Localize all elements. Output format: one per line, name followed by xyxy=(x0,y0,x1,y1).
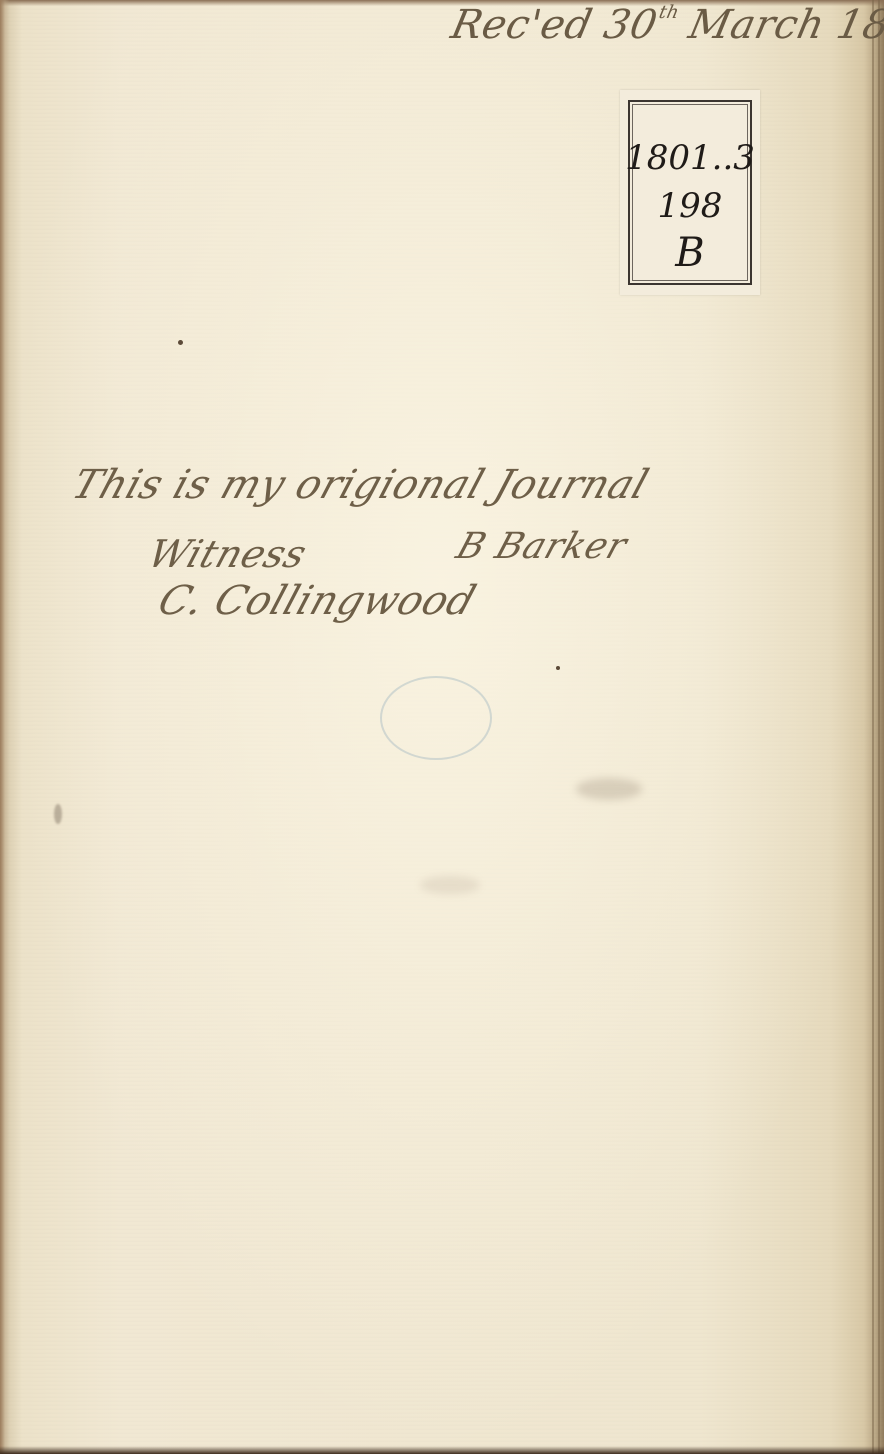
binding-spine xyxy=(0,0,10,1454)
received-date-note: Rec'ed 30th March 1803 xyxy=(447,2,884,48)
archive-label-number: 198 xyxy=(620,186,760,226)
ink-smudge xyxy=(420,876,480,894)
manuscript-page: Rec'ed 30th March 1803 1801..3 198 B Thi… xyxy=(0,0,884,1454)
ink-smudge xyxy=(54,804,62,824)
journal-statement: This is my origional Journal xyxy=(67,462,655,508)
faint-stamp-icon xyxy=(380,676,492,760)
ink-smudge xyxy=(576,778,642,800)
author-signature: B Barker xyxy=(451,526,632,567)
archive-label: 1801..3 198 B xyxy=(620,90,760,295)
page-edge-line xyxy=(878,0,880,1454)
ink-speck xyxy=(178,340,183,345)
archive-label-letter: B xyxy=(620,230,760,276)
received-suffix: March 1803 xyxy=(672,2,884,48)
page-edge-line xyxy=(872,0,874,1454)
ink-speck xyxy=(556,666,560,670)
page-bottom-edge xyxy=(0,1446,884,1454)
witness-signature: C. Collingwood xyxy=(153,578,482,624)
witness-label: Witness xyxy=(143,532,313,576)
archive-label-year-range: 1801..3 xyxy=(620,138,760,178)
received-prefix: Rec'ed 30 xyxy=(447,2,661,48)
